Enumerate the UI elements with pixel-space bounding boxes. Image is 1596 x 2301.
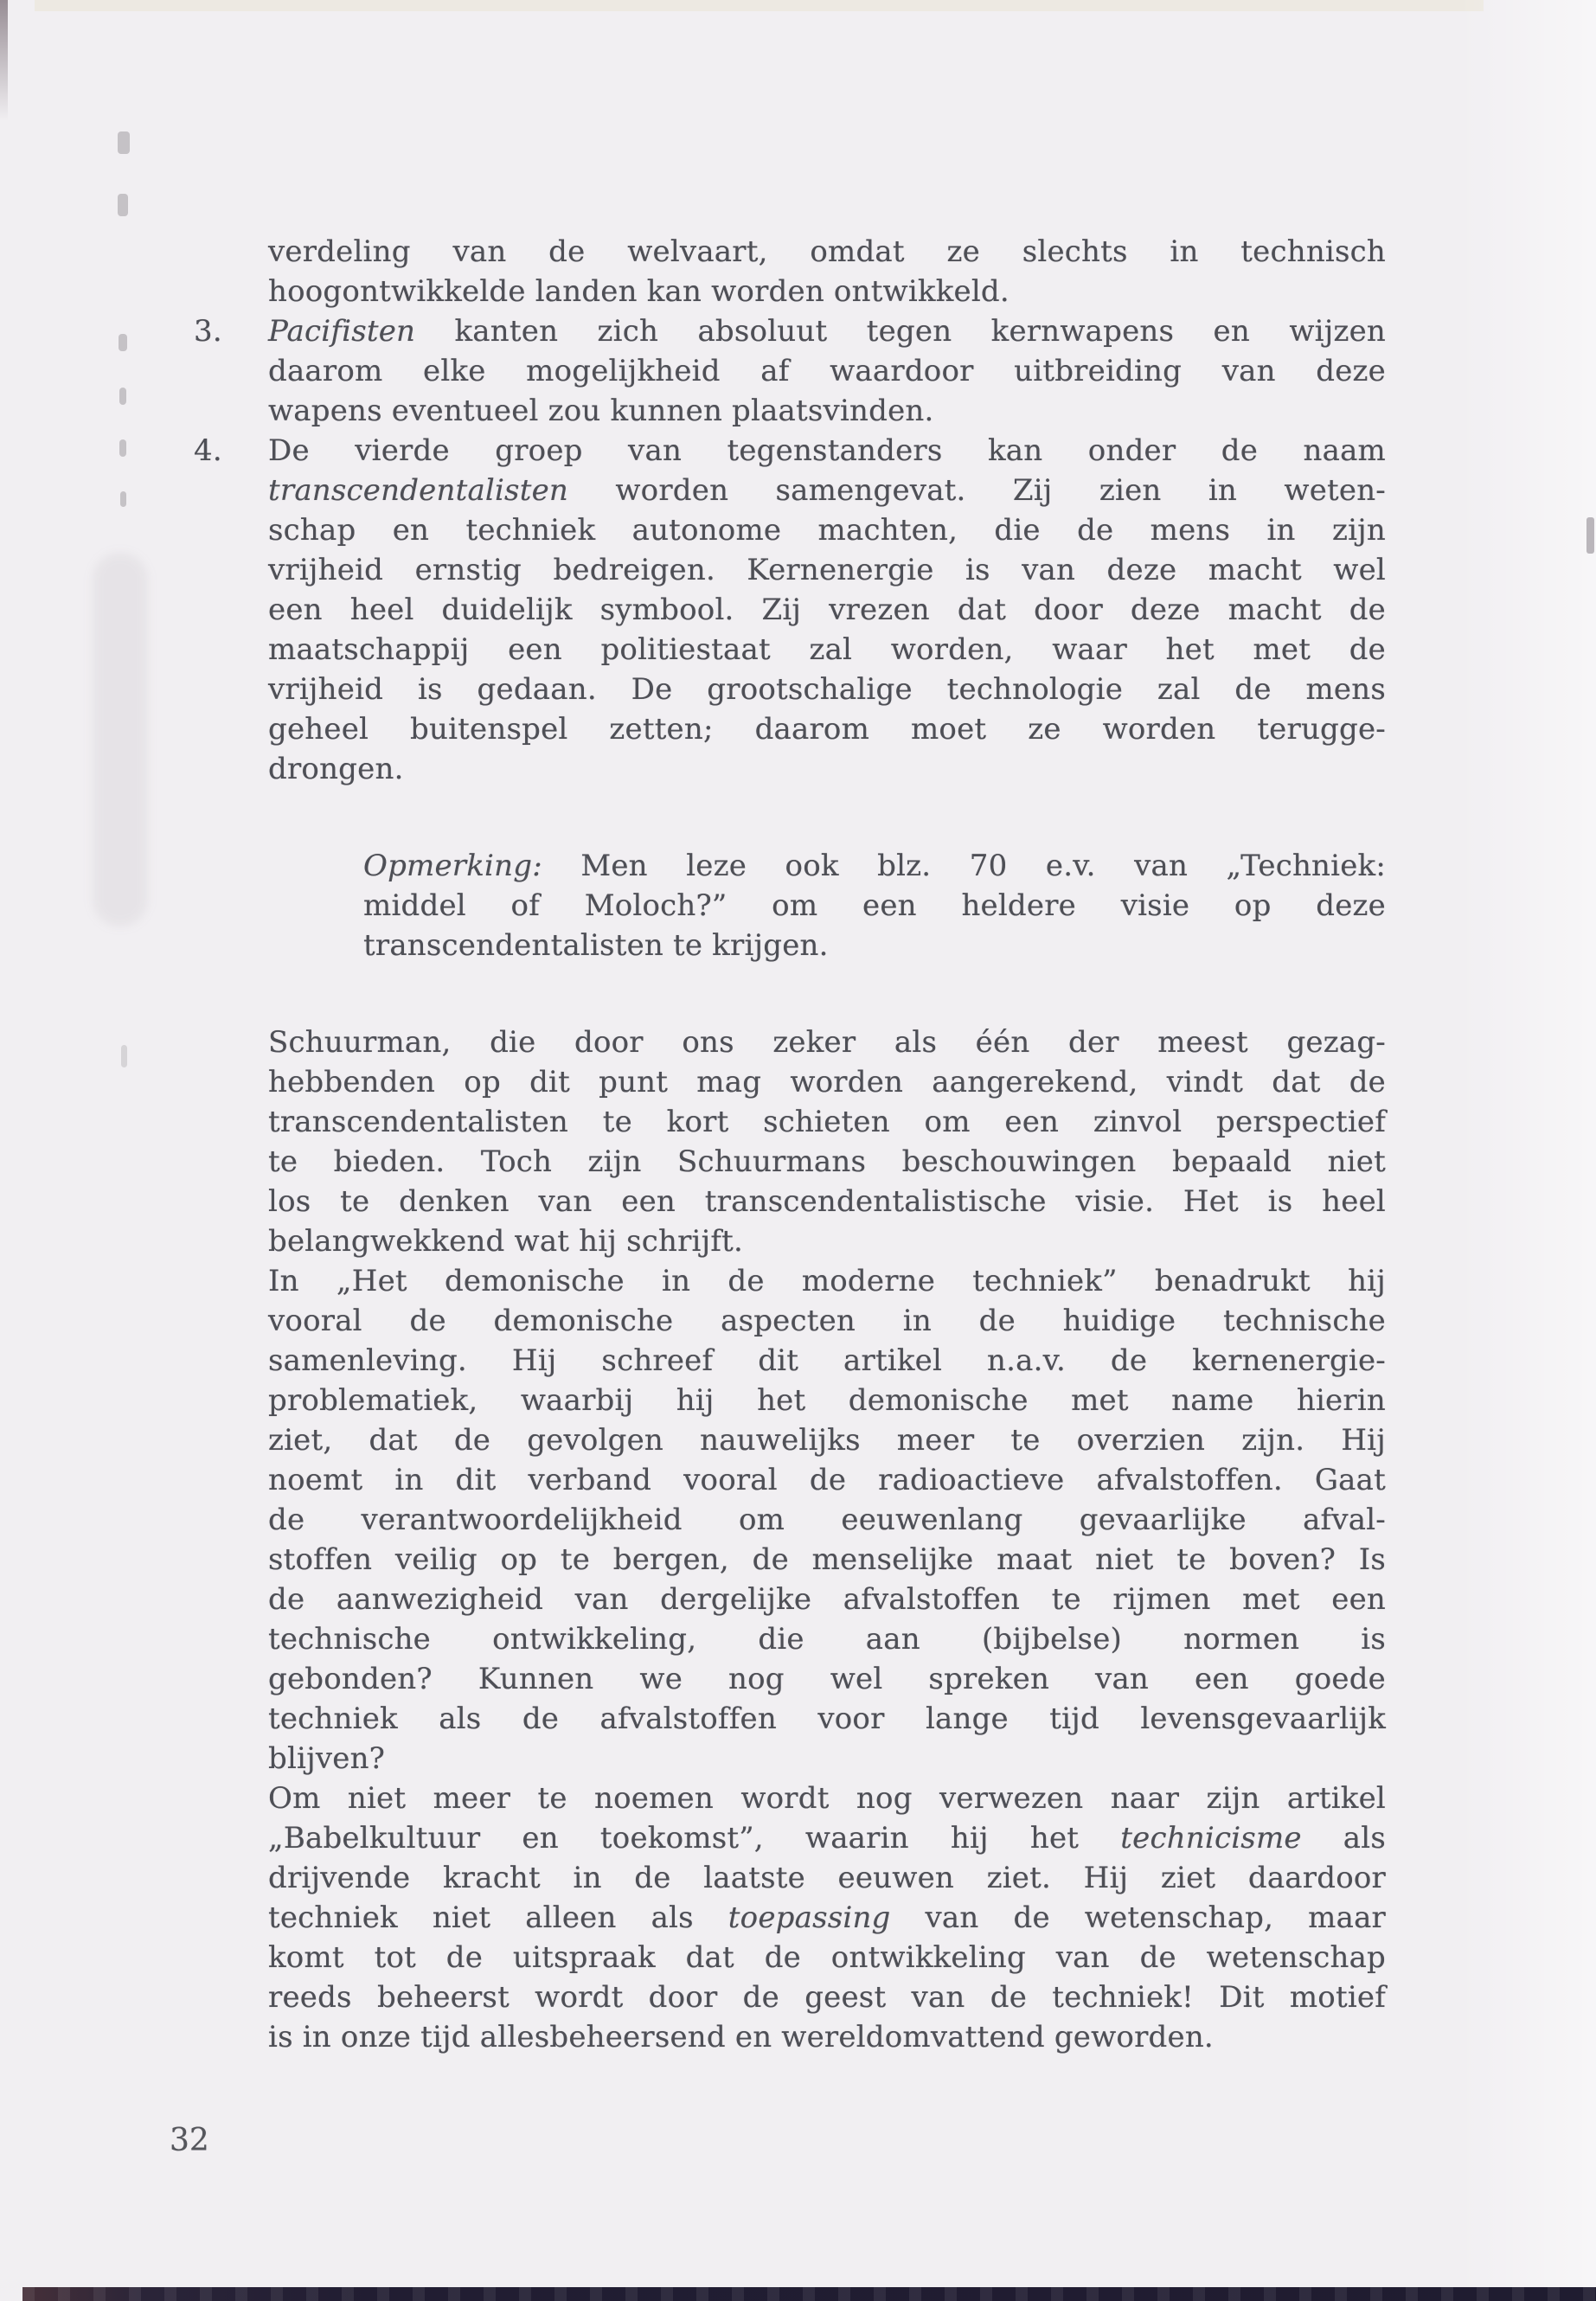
text-line: verdeling van de welvaart, omdat ze slec… (268, 232, 1386, 272)
scan-smudge (119, 439, 126, 457)
text-line: hoogontwikkelde landen kan worden ontwik… (268, 272, 1386, 311)
text-line: drijvende kracht in de laatste eeuwen zi… (268, 1858, 1386, 1898)
scan-edge-mark (1586, 517, 1594, 554)
text-line: een heel duidelijk symbool. Zij vrezen d… (268, 590, 1386, 630)
text-line: vrijheid is gedaan. De grootschalige tec… (268, 670, 1386, 709)
text-line: vooral de demonische aspecten in de huid… (268, 1301, 1386, 1341)
text-line: te bieden. Toch zijn Schuurmans beschouw… (268, 1142, 1386, 1182)
paragraph-babelkultuur: Om niet meer te noemen wordt nog verweze… (268, 1779, 1386, 2057)
note-paragraph: Opmerking: Men leze ook blz. 70 e.v. van… (363, 846, 1386, 965)
scan-bottom-bar (22, 2287, 1596, 2301)
continuation-paragraph: verdeling van de welvaart, omdat ze slec… (268, 232, 1386, 311)
page-text: verdeling van de welvaart, omdat ze slec… (268, 232, 1386, 2057)
scan-smudge (121, 1045, 127, 1067)
text-line: maatschappij een politiestaat zal worden… (268, 630, 1386, 670)
text-line: samenleving. Hij schreef dit artikel n.a… (268, 1341, 1386, 1381)
scan-smudge (119, 388, 126, 405)
text-line: reeds beheerst wordt door de geest van d… (268, 1977, 1386, 2017)
scan-blotch (93, 554, 147, 926)
text-line: transcendentalisten worden samengevat. Z… (268, 471, 1386, 510)
text-line: transcendentalisten te krijgen. (363, 926, 1386, 965)
text-line: problematiek, waarbij hij het demonische… (268, 1381, 1386, 1420)
text-line: gebonden? Kunnen we nog wel spreken van … (268, 1659, 1386, 1699)
text-line: is in onze tijd allesbeheersend en werel… (268, 2017, 1386, 2057)
page-number: 32 (170, 2121, 209, 2161)
list-number: 3. (194, 311, 222, 351)
scan-smudge (118, 194, 128, 216)
scan-smudge (120, 491, 126, 507)
text-line: In „Het demonische in de moderne technie… (268, 1261, 1386, 1301)
text-line: middel of Moloch?” om een heldere visie … (363, 886, 1386, 926)
scan-light-band (1458, 0, 1596, 2301)
scan-smudge (119, 334, 127, 351)
text-line: Om niet meer te noemen wordt nog verweze… (268, 1779, 1386, 1818)
text-line: ziet, dat de gevolgen nauwelijks meer te… (268, 1420, 1386, 1460)
text-line: „Babelkultuur en toekomst”, waarin hij h… (268, 1818, 1386, 1858)
text-line: stoffen veilig op te bergen, de menselij… (268, 1540, 1386, 1580)
text-line: schap en techniek autonome machten, die … (268, 510, 1386, 550)
text-line: komt tot de uitspraak dat de ontwikkelin… (268, 1938, 1386, 1977)
text-line: de verantwoordelijkheid om eeuwenlang ge… (268, 1500, 1386, 1540)
scanned-book-page: verdeling van de welvaart, omdat ze slec… (0, 0, 1596, 2301)
paragraph-demonische: In „Het demonische in de moderne technie… (268, 1261, 1386, 1779)
text-line: techniek als de afvalstoffen voor lange … (268, 1699, 1386, 1739)
text-line: geheel buitenspel zetten; daarom moet ze… (268, 709, 1386, 749)
scan-smudge (118, 131, 130, 154)
text-line: Pacifisten kanten zich absoluut tegen ke… (268, 311, 1386, 351)
text-line: belangwekkend wat hij schrijft. (268, 1221, 1386, 1261)
scan-edge-shadow (0, 0, 8, 121)
text-line: vrijheid ernstig bedreigen. Kernenergie … (268, 550, 1386, 590)
text-line: drongen. (268, 749, 1386, 789)
text-line: hebbenden op dit punt mag worden aangere… (268, 1062, 1386, 1102)
list-number: 4. (194, 431, 222, 471)
paragraph-schuurman: Schuurman, die door ons zeker als één de… (268, 1022, 1386, 1261)
list-item-4: 4.De vierde groep van tegenstanders kan … (268, 431, 1386, 789)
text-line: noemt in dit verband vooral de radioacti… (268, 1460, 1386, 1500)
text-line: technische ontwikkeling, die aan (bijbel… (268, 1619, 1386, 1659)
text-line: de aanwezigheid van dergelijke afvalstof… (268, 1580, 1386, 1619)
text-line: Schuurman, die door ons zeker als één de… (268, 1022, 1386, 1062)
text-line: los te denken van een transcendentalisti… (268, 1182, 1386, 1221)
text-line: De vierde groep van tegenstanders kan on… (268, 431, 1386, 471)
text-line: transcendentalisten te kort schieten om … (268, 1102, 1386, 1142)
text-line: Opmerking: Men leze ook blz. 70 e.v. van… (363, 846, 1386, 886)
text-line: daarom elke mogelijkheid af waardoor uit… (268, 351, 1386, 391)
list-item-3: 3.Pacifisten kanten zich absoluut tegen … (268, 311, 1386, 431)
text-line: wapens eventueel zou kunnen plaatsvinden… (268, 391, 1386, 431)
text-line: blijven? (268, 1739, 1386, 1779)
text-line: techniek niet alleen als toepassing van … (268, 1898, 1386, 1938)
scan-edge-tint (35, 0, 1484, 11)
